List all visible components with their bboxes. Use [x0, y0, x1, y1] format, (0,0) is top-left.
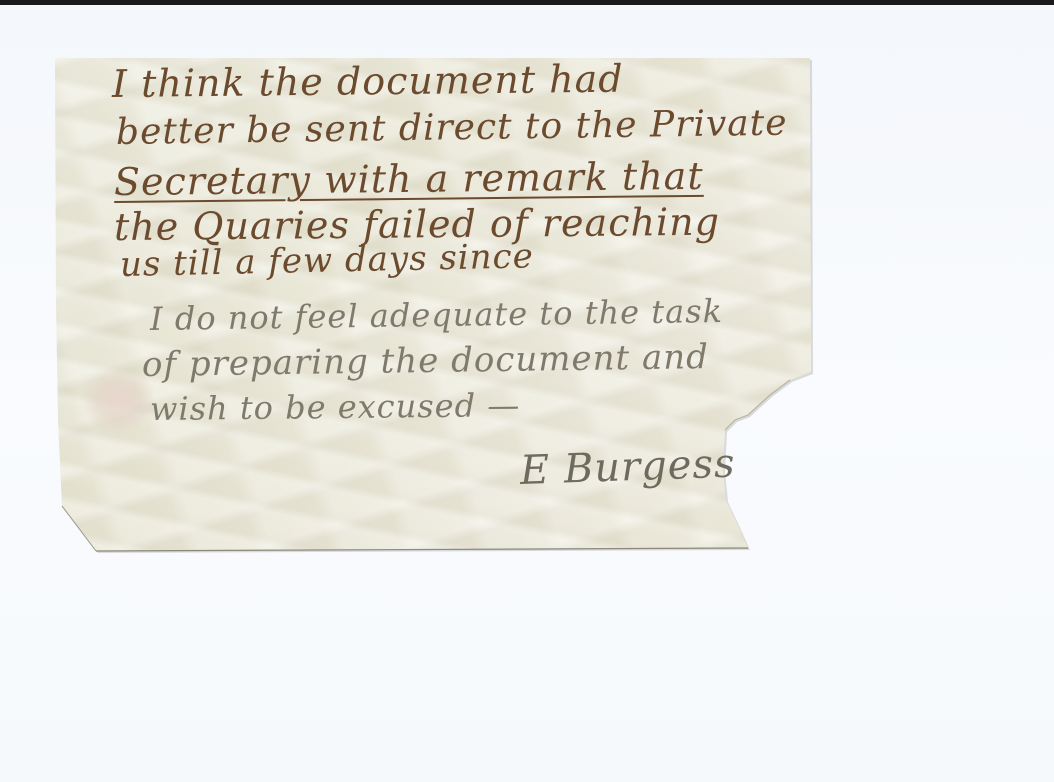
letter-text: I think the document had better be sent …: [0, 0, 1054, 782]
handwritten-line: I think the document had: [112, 57, 624, 106]
handwritten-line: wish to be excused —: [150, 386, 521, 428]
handwritten-line: I do not feel adequate to the task: [150, 292, 724, 338]
handwritten-line: better be sent direct to the Private: [116, 103, 788, 153]
handwritten-line: us till a few days since: [120, 236, 535, 285]
handwritten-line: Secretary with a remark that: [114, 154, 704, 204]
signature: E Burgess: [519, 440, 736, 493]
handwritten-line: of preparing the document and: [142, 337, 709, 385]
letter-sheet: I think the document had better be sent …: [0, 0, 1054, 782]
